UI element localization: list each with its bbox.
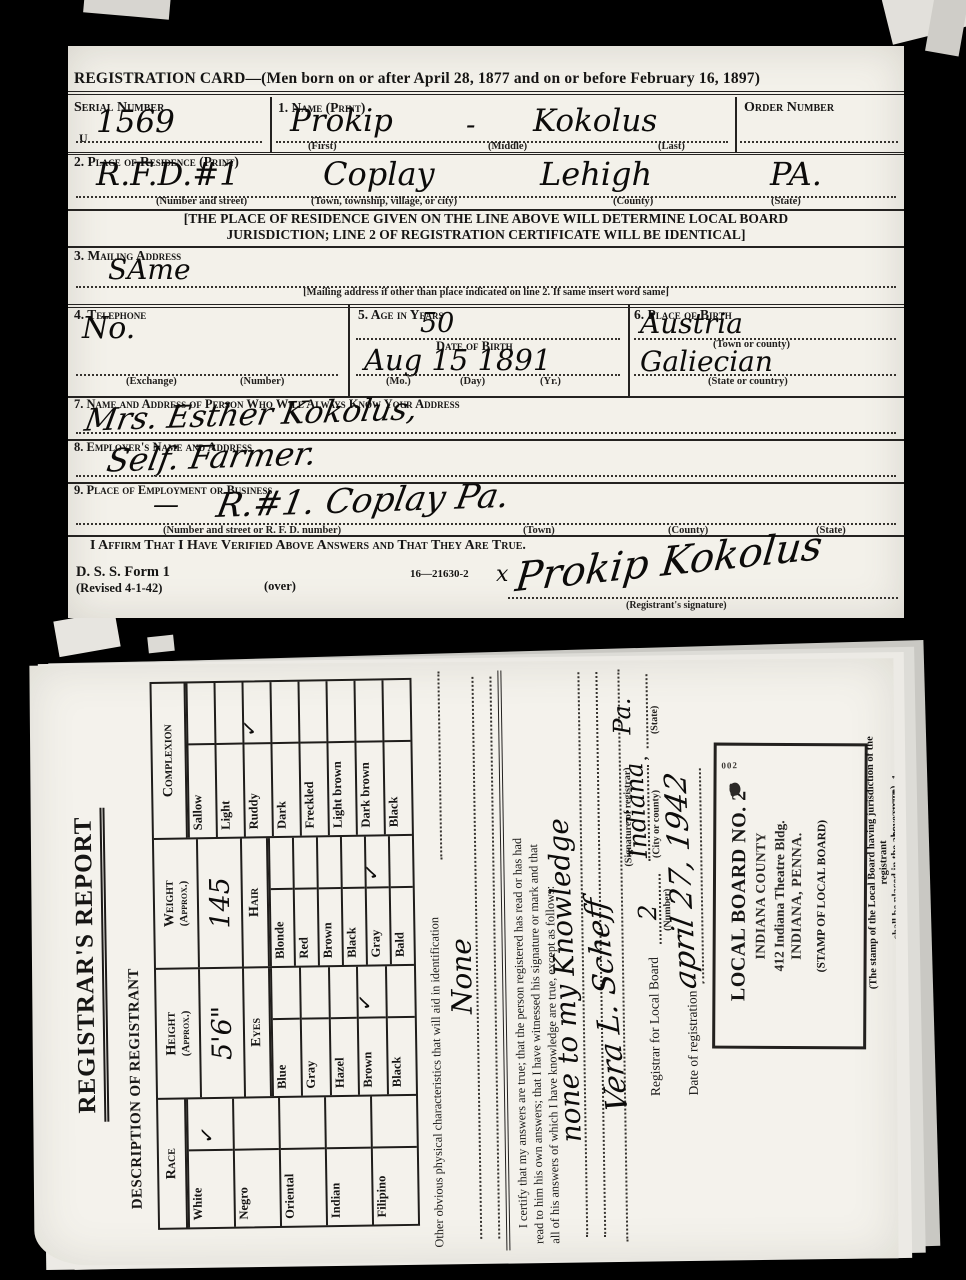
complexion-option-label: Sallow	[188, 743, 215, 837]
height-header: Height(Approx.)	[156, 969, 202, 1098]
telephone-line	[76, 374, 338, 376]
dob-sub-day: (Day)	[460, 376, 485, 387]
registrant-signature: Prokip Kokolus	[515, 531, 823, 592]
date-value-text: april 27, 1942	[661, 771, 702, 991]
complexion-check-cell	[383, 680, 410, 741]
hair-option-red: Red	[292, 837, 318, 965]
hair-header-text: Hair	[246, 838, 263, 966]
employment-dash: —	[153, 492, 179, 518]
board-number-value: 2	[635, 904, 660, 920]
order-number-label: Order Number	[744, 100, 834, 116]
hair-check-cell	[390, 836, 413, 886]
over-note: (over)	[264, 579, 296, 594]
race-header-text: Race	[163, 1100, 180, 1228]
stamp-line2: INDIANA COUNTY	[752, 746, 770, 1046]
complexion-header: Complexion	[152, 683, 188, 838]
ink-blob	[729, 783, 740, 796]
race-option-label: Oriental	[281, 1147, 326, 1226]
serial-prefix: U	[79, 131, 88, 146]
report-title: REGISTRAR'S REPORT	[69, 808, 109, 1122]
hair-check-cell	[294, 837, 317, 887]
complexion-check-cell	[355, 680, 382, 741]
description-table: Race White✓ Negro Oriental Indian Filipi…	[149, 678, 420, 1230]
eyes-option-label: Hazel	[330, 1016, 358, 1095]
stamp-caption: (STAMP OF LOCAL BOARD)	[815, 746, 829, 1046]
complexion-option-label: Light	[216, 743, 243, 837]
complexion-option-light-brown: Light brown	[325, 681, 355, 835]
complexion-option-black: Black	[381, 680, 411, 834]
hair-option-brown: Brown	[316, 837, 342, 965]
complexion-option-label: Black	[384, 740, 411, 834]
row-mailing: 3. Mailing Address SAme [Mailing address…	[68, 246, 904, 308]
race-option-negro: Negro	[232, 1098, 280, 1227]
complexion-option-freckled: Freckled	[297, 681, 327, 835]
eyes-check-cell	[301, 967, 329, 1017]
complexion-check-cell	[299, 681, 326, 742]
residence-notice: [THE PLACE OF RESIDENCE GIVEN ON THE LIN…	[68, 209, 904, 248]
eyes-option-label: Gray	[302, 1017, 330, 1096]
eyes-option-brown: Brown✓	[356, 966, 387, 1094]
race-option-indian: Indian	[324, 1097, 372, 1226]
complexion-option-dark: Dark	[269, 682, 299, 836]
telephone-sub-number: (Number)	[240, 376, 284, 387]
contact-line	[76, 432, 896, 434]
registration-card: REGISTRATION CARD—(Men born on or after …	[68, 46, 904, 618]
stamp-note: (The stamp of the Local Board having jur…	[864, 722, 898, 1003]
name-last-value: Kokolus	[533, 106, 657, 137]
rule	[68, 91, 904, 95]
board-comma: ,	[635, 756, 652, 760]
height-value: 5'6"	[208, 1006, 236, 1061]
residence-sub-state: (State)	[771, 196, 801, 207]
hair-check-cell	[270, 838, 293, 888]
eyes-option-label: Black	[388, 1015, 416, 1094]
print-code: 16—21630-2	[410, 568, 469, 580]
row-serial-name-order: Serial Number U 1569 1. Name (Print) Pro…	[68, 97, 904, 155]
form-revision: (Revised 4-1-42)	[76, 581, 162, 596]
eyes-header: Eyes	[244, 968, 272, 1096]
complexion-option-label: Light brown	[328, 741, 355, 835]
residence-town-value: Coplay	[323, 158, 435, 190]
other-characteristics-value: None	[448, 938, 477, 1014]
serial-line	[76, 141, 262, 143]
scan-artifact	[83, 0, 171, 20]
board-state-value: Pa.	[610, 697, 635, 734]
eyes-option-gray: Gray	[299, 967, 330, 1095]
complexion-header-text: Complexion	[160, 684, 178, 838]
registration-card-title: REGISTRATION CARD—(Men born on or after …	[74, 70, 760, 88]
residence-notice-line1: [THE PLACE OF RESIDENCE GIVEN ON THE LIN…	[68, 211, 904, 227]
race-check-cell	[234, 1098, 279, 1148]
eyes-check-cell	[272, 968, 300, 1018]
hair-option-label: Black	[343, 886, 366, 965]
age-value: 50	[420, 310, 454, 337]
race-check-cell: ✓	[188, 1099, 233, 1149]
divider	[348, 304, 350, 396]
hair-option-blonde: Blonde	[268, 838, 294, 966]
divider	[735, 97, 737, 152]
stamp-line3: 412 Indiana Theatre Bldg.	[771, 746, 789, 1046]
hair-option-label: Red	[295, 887, 318, 966]
height-eyes-column: Height(Approx.) 5'6" Eyes Blue Gray Haze…	[156, 966, 416, 1100]
weight-value: 145	[206, 877, 234, 929]
form-name: D. S. S. Form 1	[76, 564, 170, 581]
hair-option-label: Brown	[319, 887, 342, 966]
complexion-check-cell: ✓	[243, 682, 270, 743]
registrar-signature-text: Vera L. Scheff	[581, 897, 633, 1114]
report-subtitle: DESCRIPTION OF REGISTRANT	[126, 968, 147, 1209]
telephone-value: No.	[82, 314, 135, 344]
name-middle-value: -	[466, 111, 475, 139]
dob-sub-yr: (Yr.)	[540, 376, 561, 387]
residence-sub-county: (County)	[613, 196, 653, 207]
date-value: april 27, 1942	[665, 774, 698, 988]
residence-street-value: R.F.D.#1	[96, 158, 240, 190]
name-sub-last: (Last)	[658, 141, 685, 152]
local-board-stamp: 002 LOCAL BOARD NO. 2 INDIANA COUNTY 412…	[712, 743, 868, 1050]
row-tel-age-birth: 4. Telephone No. (Exchange) (Number) 5. …	[68, 304, 904, 398]
eyes-option-label: Brown	[359, 1016, 387, 1095]
complexion-option-label: Ruddy	[244, 743, 271, 837]
checkmark: ✓	[352, 992, 378, 1012]
registrant-signature-x: x	[496, 564, 508, 586]
hair-option-label: Bald	[391, 885, 414, 964]
hair-option-gray: Gray✓	[364, 836, 390, 964]
birth-sub-state: (State or country)	[708, 376, 788, 387]
complexion-column: Complexion Sallow Light Ruddy✓ Dark Frec…	[152, 680, 412, 840]
telephone-sub-exchange: (Exchange)	[126, 376, 177, 387]
divider	[628, 304, 630, 396]
mailing-value: SAme	[108, 256, 191, 284]
signature-line	[508, 597, 898, 599]
board-label: Registrar for Local Board	[646, 957, 664, 1096]
signature-sub: (Registrant's signature)	[626, 600, 727, 611]
registrars-report-card: REGISTRAR'S REPORT DESCRIPTION OF REGIST…	[30, 650, 936, 1274]
hair-option-label: Blonde	[271, 887, 294, 966]
hair-header: Hair	[242, 838, 270, 966]
serial-number-value: 1569	[96, 107, 175, 138]
hair-option-bald: Bald	[388, 836, 414, 964]
name-first-value: Prokip	[290, 106, 393, 137]
rule	[497, 670, 510, 1250]
residence-notice-line2: JURISDICTION; LINE 2 OF REGISTRATION CER…	[68, 227, 904, 243]
row-contact: 7. Name and Address of Person Who Will A…	[68, 396, 904, 441]
race-option-label: Negro	[235, 1148, 280, 1227]
race-check-cell	[372, 1096, 417, 1146]
ink-smudge: 002	[721, 760, 738, 770]
order-line	[740, 141, 898, 143]
race-option-label: Filipino	[373, 1145, 418, 1224]
race-check-cell	[280, 1097, 325, 1147]
complexion-check-cell	[271, 682, 298, 743]
dob-sub-mo: (Mo.)	[386, 376, 411, 387]
race-option-filipino: Filipino	[370, 1096, 418, 1225]
name-sub-middle: (Middle)	[488, 141, 527, 152]
name-sub-first: (First)	[308, 141, 337, 152]
board-state-sub: (State)	[649, 706, 660, 734]
employment-value: R.#1. Coplay Pa.	[218, 484, 508, 518]
race-check-cell	[326, 1097, 371, 1147]
birth-state-value: Galiecian	[640, 348, 773, 376]
weight-value-cell: 145	[198, 839, 244, 968]
race-column: Race White✓ Negro Oriental Indian Filipi…	[158, 1096, 418, 1228]
hair-check-cell: ✓	[366, 836, 389, 886]
employment-sub-street: (Number and street or R. F. D. number)	[163, 525, 341, 536]
complexion-option-light: Light	[214, 683, 244, 837]
complexion-option-ruddy: Ruddy✓	[241, 682, 271, 836]
complexion-check-cell	[327, 681, 354, 742]
eyes-check-cell	[387, 966, 415, 1016]
eyes-option-hazel: Hazel	[328, 967, 359, 1095]
weight-hair-column: Weight(Approx.) 145 Hair Blonde Red Brow…	[154, 836, 414, 970]
checkmark: ✓	[194, 1125, 220, 1145]
hair-check-cell	[318, 837, 341, 887]
birth-town-value: Austria	[640, 310, 743, 338]
complexion-option-label: Dark brown	[356, 741, 383, 835]
mailing-sub: [Mailing address if other than place ind…	[68, 287, 904, 298]
employer-value: Self. Farmer.	[108, 441, 316, 473]
dob-value: Aug 15 1891	[364, 346, 551, 375]
residence-state-value: PA.	[770, 158, 822, 190]
scanned-draft-card-page: REGISTRATION CARD—(Men born on or after …	[0, 0, 966, 1280]
complexion-option-dark-brown: Dark brown	[353, 680, 383, 834]
residence-sub-street: (Number and street)	[156, 196, 247, 207]
employment-sub-county: (County)	[668, 525, 708, 536]
stamp-line4: INDIANA, PENNA.	[789, 746, 807, 1046]
checkmark: ✓	[236, 719, 262, 739]
report-title-wrap: REGISTRAR'S REPORT	[67, 665, 104, 1265]
employer-value-text: Self. Farmer.	[104, 437, 319, 476]
registrars-report-face: REGISTRAR'S REPORT DESCRIPTION OF REGIST…	[29, 658, 898, 1266]
checkmark: ✓	[359, 862, 385, 882]
weight-header: Weight(Approx.)	[154, 839, 200, 968]
complexion-option-label: Freckled	[300, 742, 327, 836]
affirmation-text: I Affirm That I Have Verified Above Answ…	[90, 538, 526, 554]
row-residence: 2. Place of Residence (Print) R.F.D.#1 C…	[68, 152, 904, 211]
other-line-tail	[437, 671, 442, 859]
complexion-check-cell	[188, 683, 215, 744]
race-option-label: White	[189, 1148, 234, 1227]
eyes-header-text: Eyes	[248, 968, 265, 1096]
height-value-cell: 5'6"	[200, 969, 246, 1098]
race-option-white: White✓	[186, 1099, 234, 1228]
eyes-option-label: Blue	[273, 1017, 301, 1096]
race-option-label: Indian	[327, 1146, 372, 1225]
hair-option-label: Gray	[367, 886, 390, 965]
employment-value-text: R.#1. Coplay Pa.	[214, 479, 512, 523]
rotated-content: REGISTRAR'S REPORT DESCRIPTION OF REGIST…	[41, 658, 898, 1265]
residence-sub-town: (Town, township, village, or city)	[311, 196, 457, 207]
contact-value: Mrs. Esther Kokolus,	[86, 400, 416, 431]
eyes-option-black: Black	[385, 966, 416, 1094]
complexion-option-label: Dark	[272, 742, 299, 836]
height-header-approx: (Approx.)	[179, 969, 193, 1097]
race-header: Race	[158, 1099, 188, 1227]
date-label: Date of registration	[684, 990, 702, 1095]
hair-option-black: Black	[340, 837, 366, 965]
employment-sub-town: (Town)	[523, 525, 555, 536]
race-option-oriental: Oriental	[278, 1097, 326, 1226]
eyes-check-cell: ✓	[358, 966, 386, 1016]
divider	[270, 97, 272, 152]
residence-county-value: Lehigh	[540, 158, 652, 190]
eyes-option-blue: Blue	[270, 968, 301, 1096]
weight-header-approx: (Approx.)	[177, 839, 191, 967]
contact-value-text: Mrs. Esther Kokolus,	[82, 394, 420, 437]
complexion-option-sallow: Sallow	[186, 683, 216, 837]
